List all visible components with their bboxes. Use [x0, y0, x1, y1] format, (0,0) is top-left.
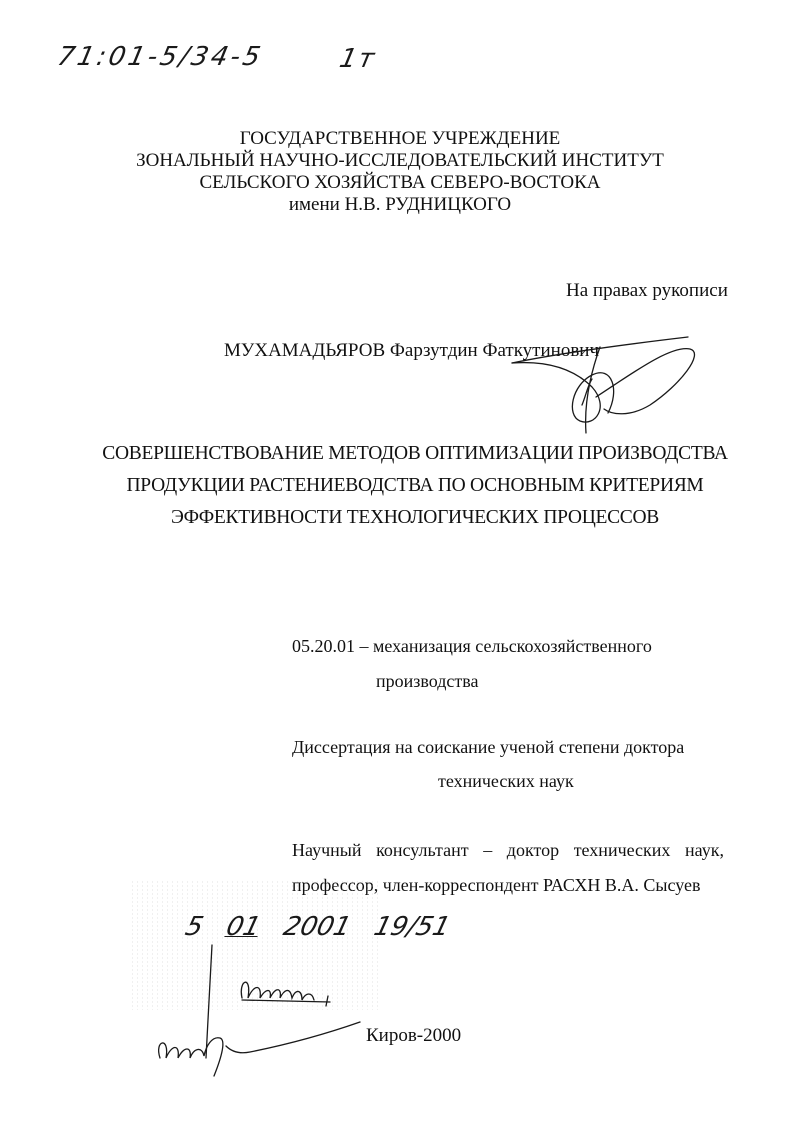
specialty-continuation: производства [376, 671, 479, 692]
consultant-word: – [483, 833, 492, 868]
title-line: СОВЕРШЕНСТВОВАНИЕ МЕТОДОВ ОПТИМИЗАЦИИ ПР… [0, 438, 793, 470]
consultant-word: технических [574, 833, 671, 868]
consultant-word: наук, [685, 833, 724, 868]
rights-note: На правах рукописи [566, 280, 728, 302]
handwritten-volume-mark: 1т [337, 44, 379, 74]
degree-continuation: технических наук [438, 771, 574, 792]
city-year: Киров-2000 [366, 1025, 461, 1047]
dissertation-title: СОВЕРШЕНСТВОВАНИЕ МЕТОДОВ ОПТИМИЗАЦИИ ПР… [0, 438, 793, 534]
handwritten-signatures-icon [130, 940, 390, 1080]
consultant-word: Научный [292, 833, 362, 868]
title-line: ПРОДУКЦИИ РАСТЕНИЕВОДСТВА ПО ОСНОВНЫМ КР… [0, 470, 793, 502]
degree-line: Диссертация на соискание ученой степени … [292, 737, 684, 758]
consultant-word: доктор [507, 833, 559, 868]
title-line: ЭФФЕКТИВНОСТИ ТЕХНОЛОГИЧЕСКИХ ПРОЦЕССОВ [0, 502, 793, 534]
date-year: 2001 [280, 912, 354, 942]
handwritten-catalog-number: 71:01-5/34-5 [55, 42, 266, 72]
institution-header: ГОСУДАРСТВЕННОЕ УЧРЕЖДЕНИЕ ЗОНАЛЬНЫЙ НАУ… [0, 128, 793, 216]
institution-line: имени Н.В. РУДНИЦКОГО [0, 194, 793, 216]
institution-line: СЕЛЬСКОГО ХОЗЯЙСТВА СЕВЕРО-ВОСТОКА [0, 172, 793, 194]
institution-line: ГОСУДАРСТВЕННОЕ УЧРЕЖДЕНИЕ [0, 128, 793, 150]
author-signature-icon [500, 335, 710, 435]
registration-number: 19/51 [371, 912, 453, 942]
date-month: 01 [223, 912, 264, 942]
consultant-word: консультант [376, 833, 469, 868]
institution-line: ЗОНАЛЬНЫЙ НАУЧНО-ИССЛЕДОВАТЕЛЬСКИЙ ИНСТИ… [0, 150, 793, 172]
specialty-code-line: 05.20.01 – механизация сельскохозяйствен… [292, 636, 652, 657]
consultant-line-1: Научный консультант – доктор технических… [292, 833, 724, 868]
handwritten-date-stamp: 5 01 2001 19/51 [182, 912, 469, 942]
